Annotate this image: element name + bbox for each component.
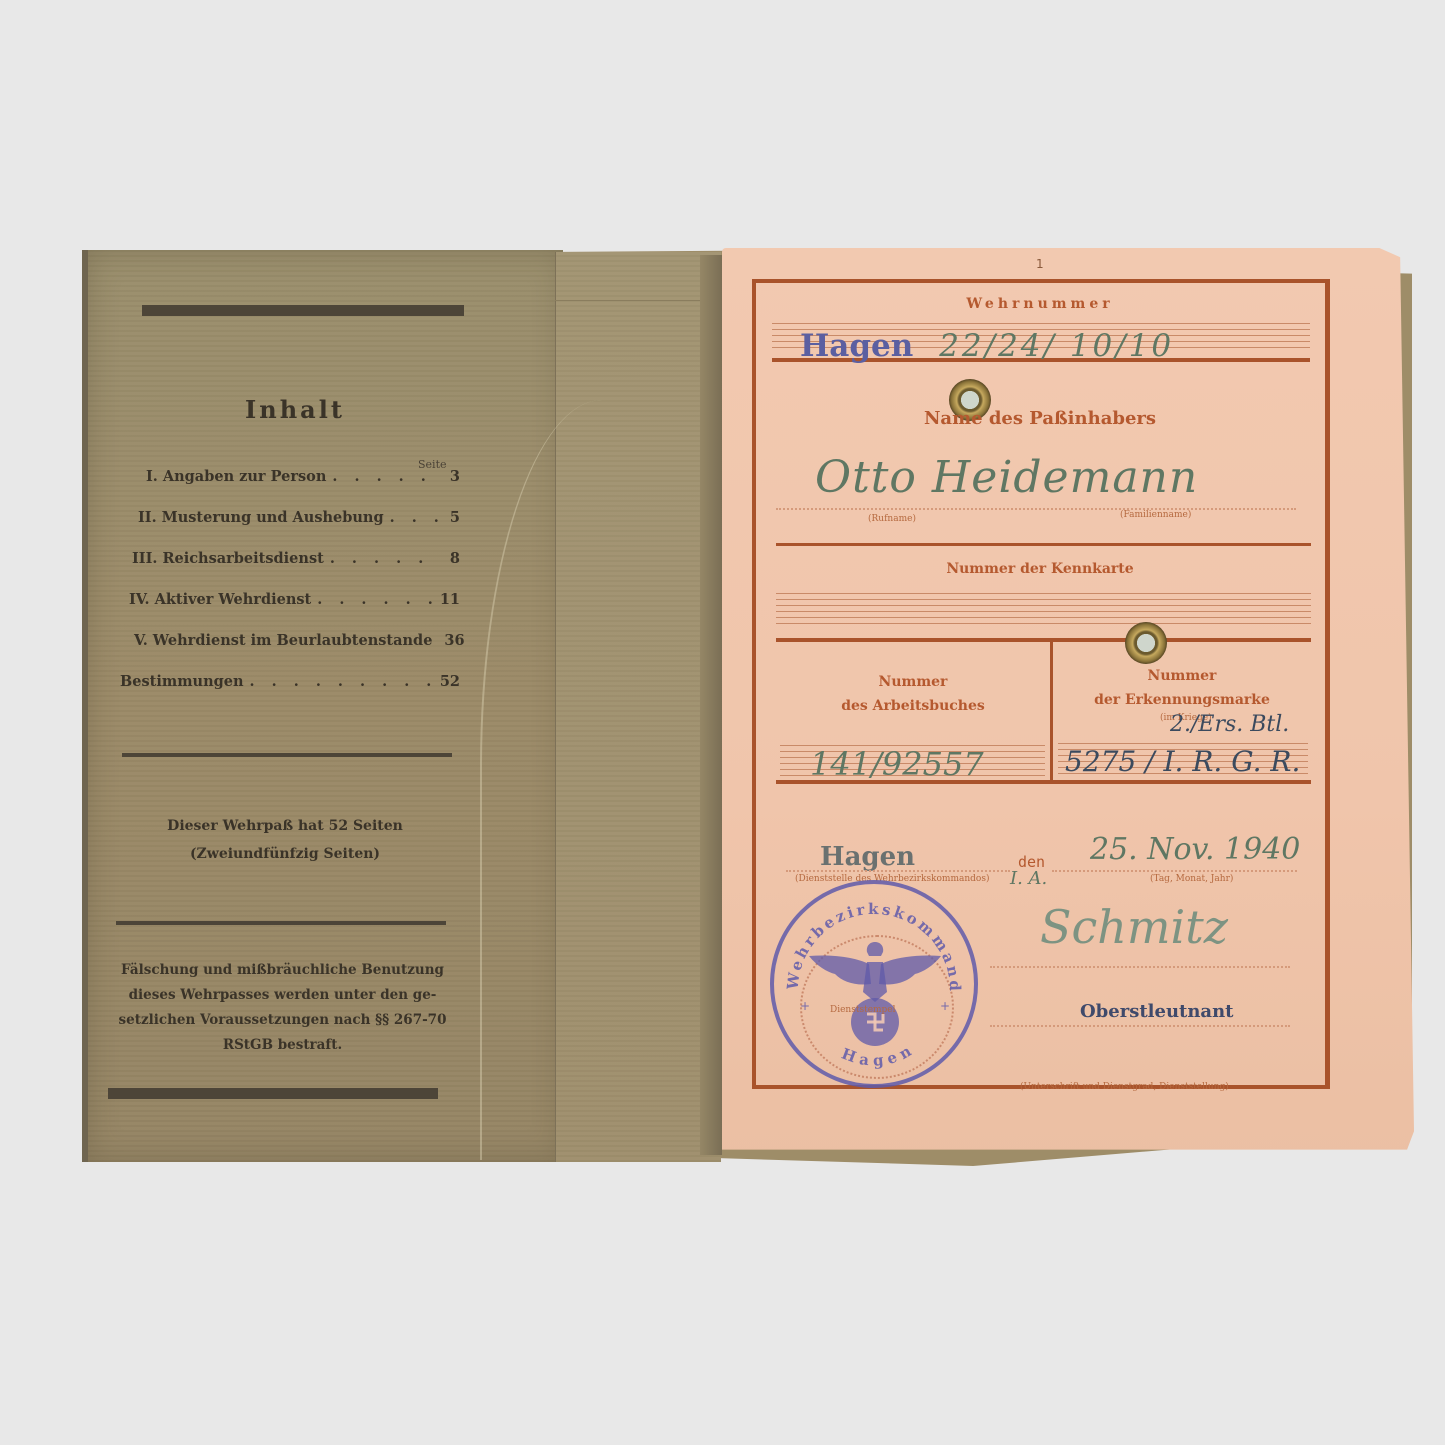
kennkarte-label: Nummer der Kennkarte xyxy=(760,561,1320,577)
toc-item: V. Wehrdienst im Beurlaubtenstande 36 xyxy=(120,632,460,673)
familienname-caption: (Familienname) xyxy=(1120,510,1191,520)
dotted-line xyxy=(786,870,1010,872)
divider-rule xyxy=(142,305,464,316)
field-bar xyxy=(776,638,1311,642)
wehrnummer-place-stamp: Hagen xyxy=(800,328,913,364)
divider-rule xyxy=(108,1088,438,1099)
ia-note: I. A. xyxy=(1010,868,1047,889)
toc-item: Bestimmungen . . . . . . . . . . . 52 xyxy=(120,673,460,714)
dotted-line xyxy=(990,966,1290,968)
leader-dots: . . . . . . . . xyxy=(324,550,440,567)
toc-item: II. Musterung und Aushebung . . . . . . … xyxy=(120,509,460,550)
page-count-words: (Zweiundfünfzig Seiten) xyxy=(120,840,450,868)
warning-line: dieses Wehrpasses werden unter den ge- xyxy=(110,983,455,1008)
passholder-name-value: Otto Heidemann xyxy=(815,452,1198,503)
toc-item-page: 5 xyxy=(440,509,460,526)
erkennungsmarke-label: Nummer der Erkennungsmarke xyxy=(1053,664,1311,712)
field-bar xyxy=(776,780,1311,784)
label-line: des Arbeitsbuches xyxy=(776,694,1050,718)
leader-dots: . . . . . . . . xyxy=(384,509,440,526)
toc-item-label: IV. Aktiver Wehrdienst xyxy=(120,591,311,608)
issue-place-stamp: Hagen xyxy=(820,842,915,872)
signature-caption: (Unterschrift und Dienstgrad, Dienststel… xyxy=(1020,1082,1229,1092)
metal-grommet xyxy=(1125,622,1167,664)
leader-dots: . . . . . . . . . . . xyxy=(244,673,440,690)
leader-dots: . . . . . . . . xyxy=(311,591,440,608)
rank-stamp: Oberstleutnant xyxy=(1080,1001,1234,1022)
toc-item-page: 3 xyxy=(440,468,460,485)
flap-fold-line xyxy=(555,300,720,301)
toc-item-label: II. Musterung und Aushebung xyxy=(120,509,384,526)
toc-item-page: 11 xyxy=(440,591,460,608)
wehrnummer-value: Hagen 22/24/ 10/10 xyxy=(800,328,1174,364)
toc-item-page: 8 xyxy=(440,550,460,567)
issue-date-value: 25. Nov. 1940 xyxy=(1090,832,1300,867)
wehrnummer-label: Wehrnummer xyxy=(760,296,1320,312)
toc-item-label: I. Angaben zur Person xyxy=(120,468,326,485)
field-bar xyxy=(776,543,1311,546)
page-number: 1 xyxy=(1036,257,1044,271)
warning-line: setzlichen Voraussetzungen nach §§ 267-7… xyxy=(110,1008,455,1033)
table-of-contents: I. Angaben zur Person . . . . . . . . 3 … xyxy=(120,468,460,714)
erkennungsmarke-unit: 2./Ers. Btl. xyxy=(1170,712,1289,737)
toc-item-label: Bestimmungen xyxy=(120,673,244,690)
forgery-warning: Fälschung und mißbräuchliche Benutzung d… xyxy=(110,958,455,1058)
page-count-note: Dieser Wehrpaß hat 52 Seiten (Zweiundfün… xyxy=(120,812,450,868)
arbeitsbuch-value: 141/92557 xyxy=(810,745,984,783)
toc-item-label: V. Wehrdienst im Beurlaubtenstande xyxy=(120,632,432,649)
label-line: Nummer xyxy=(776,670,1050,694)
warning-line: RStGB bestraft. xyxy=(110,1033,455,1058)
eagle-emblem-icon xyxy=(805,934,945,1049)
divider-rule xyxy=(116,921,446,925)
warning-line: Fälschung und mißbräuchliche Benutzung xyxy=(110,958,455,983)
book-spine xyxy=(700,255,722,1155)
wehrnummer-handwritten: 22/24/ 10/10 xyxy=(939,328,1174,364)
passholder-name-label: Name des Paßinhabers xyxy=(760,408,1320,429)
dotted-line xyxy=(990,1025,1290,1027)
toc-item-page: 36 xyxy=(444,632,464,649)
toc-item: IV. Aktiver Wehrdienst . . . . . . . . 1… xyxy=(120,591,460,632)
dotted-line xyxy=(1052,870,1297,872)
toc-item: I. Angaben zur Person . . . . . . . . 3 xyxy=(120,468,460,509)
label-line: Nummer xyxy=(1053,664,1311,688)
divider-rule xyxy=(122,753,452,757)
date-caption: (Tag, Monat, Jahr) xyxy=(1150,874,1233,884)
stamp-center-label: Dienststempel xyxy=(830,1005,896,1015)
label-line: der Erkennungsmarke xyxy=(1053,688,1311,712)
signature: Schmitz xyxy=(1040,900,1228,954)
arbeitsbuch-label: Nummer des Arbeitsbuches xyxy=(776,670,1050,718)
page-count-line: Dieser Wehrpaß hat 52 Seiten xyxy=(120,812,450,840)
leader-dots: . . . . . . . . xyxy=(326,468,440,485)
toc-item-label: III. Reichsarbeitsdienst xyxy=(120,550,324,567)
toc-item: III. Reichsarbeitsdienst . . . . . . . .… xyxy=(120,550,460,591)
erkennungsmarke-value: 5275 / I. R. G. R. xyxy=(1065,745,1300,778)
dotted-line xyxy=(776,508,1296,510)
rufname-caption: (Rufname) xyxy=(868,514,916,524)
contents-title: Inhalt xyxy=(180,395,410,424)
kennkarte-ruled-field xyxy=(776,588,1311,628)
toc-item-page: 52 xyxy=(440,673,460,690)
